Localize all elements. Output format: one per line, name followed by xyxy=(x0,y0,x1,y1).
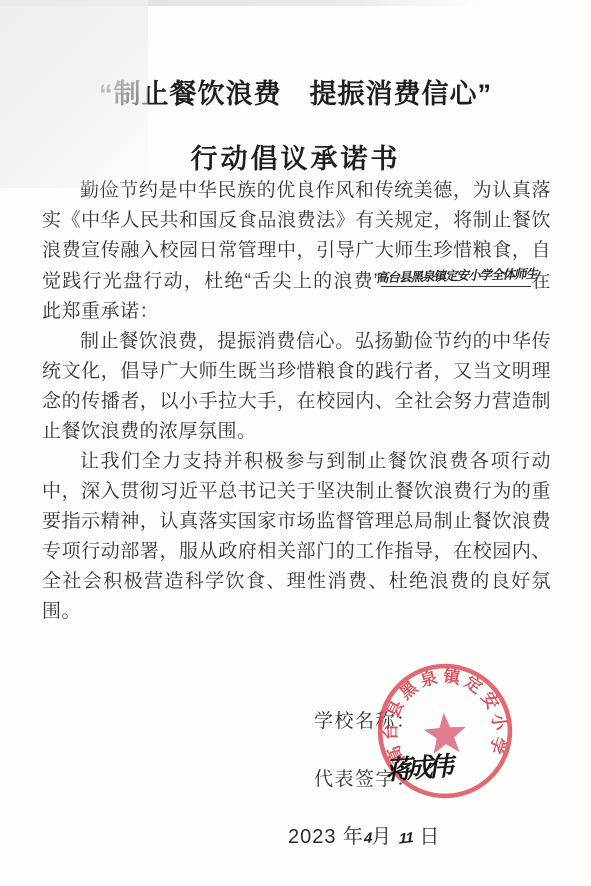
handwritten-school-name-line: 高台县黑泉镇定安小学全体师生 xyxy=(381,266,531,287)
pledge-document: “制止餐饮浪费 提振消费信心” 行动倡议承诺书 勤俭节约是中华民族的优良作风和传… xyxy=(0,0,591,886)
document-body: 勤俭节约是中华民族的优良作风和传统美德，为认真落实《中华人民共和国反食品浪费法》… xyxy=(0,176,591,627)
scan-artifact-corner xyxy=(0,0,148,188)
date-line: 2023 年4月 11 日 xyxy=(288,820,440,849)
handwritten-school-name: 高台县黑泉镇定安小学全体师生 xyxy=(374,259,541,293)
paragraph-opening: 勤俭节约是中华民族的优良作风和传统美德，为认真落实《中华人民共和国反食品浪费法》… xyxy=(42,176,551,327)
date-year: 2023 年 xyxy=(288,826,364,848)
date-month-unit: 月 xyxy=(371,826,392,848)
paragraph-action: 让我们全力支持并积极参与到制止餐饮浪费各项行动中，深入贯彻习近平总书记关于坚决制… xyxy=(42,447,551,627)
date-day-unit: 日 xyxy=(419,826,440,848)
handwritten-signature: 蒋成伟 xyxy=(385,746,454,788)
paragraph-commitment: 制止餐饮浪费，提振消费信心。弘扬勤俭节约的中华传统文化，倡导广大师生既当珍惜粮食… xyxy=(42,327,551,447)
date-day-handwritten: 11 xyxy=(397,829,414,848)
school-name-label: 学校名称： xyxy=(314,706,417,733)
